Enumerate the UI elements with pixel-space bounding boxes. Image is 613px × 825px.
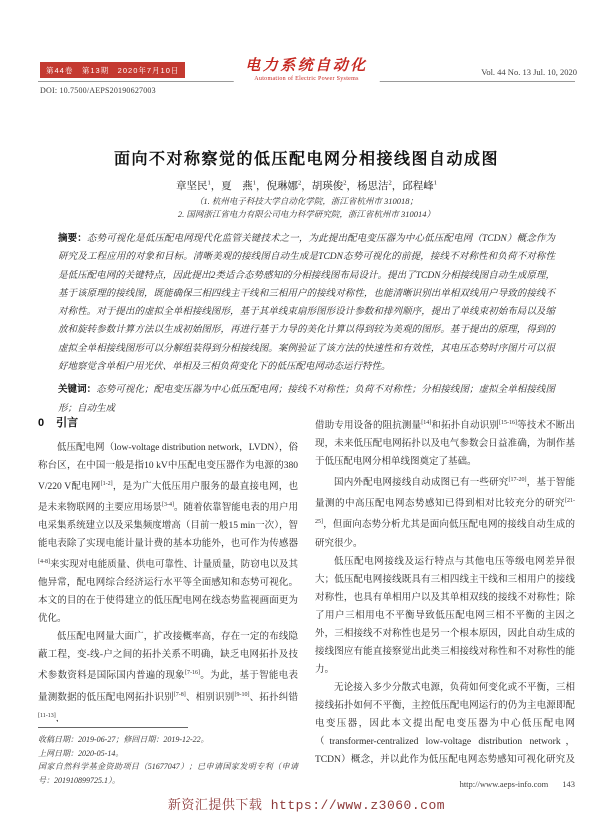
footer-line: http://www.aeps-info.com143	[460, 779, 575, 789]
body-paragraph: 低压配电网接线及运行特点与其他电压等级电网差异很大；低压配电网接线既具有三相四线…	[315, 553, 575, 679]
journal-name-english: Automation of Electric Power Systems	[245, 75, 368, 84]
footnote-block: 收稿日期：2019-06-27；修回日期：2019-12-22。上网日期：202…	[38, 727, 298, 787]
footnote-line: 上网日期：2020-05-14。	[38, 747, 298, 761]
abstract-section: 摘要：态势可视化是低压配电网现代化监管关键技术之一，为此提出配电变压器为中心低压…	[58, 230, 555, 418]
doi-text: DOI: 10.7500/AEPS20190627003	[40, 86, 156, 95]
issue-info-box: 第44卷 第13期 2020年7月10日	[40, 62, 185, 78]
journal-logo: 电力系统自动化 Automation of Electric Power Sys…	[233, 57, 380, 84]
author-affiliation-mark: 1	[208, 180, 211, 187]
body-paragraph: 借助专用设备的阻抗测量[14]和拓扑自动识别[15-16]等技术不断出现，未来低…	[315, 414, 575, 471]
authors-line: 章坚民1，夏 燕1，倪琳娜2，胡瑛俊2，杨思洁2，邱程峰1	[0, 178, 613, 193]
abstract-text: 态势可视化是低压配电网现代化监管关键技术之一，为此提出配电变压器为中心低压配电网…	[58, 234, 555, 372]
affiliation-line: （1. 杭州电子科技大学自动化学院，浙江省杭州市 310018；	[0, 195, 613, 208]
author-name: 夏 燕	[221, 181, 253, 192]
section-heading-introduction: 0引言	[38, 414, 298, 430]
body-paragraph: 无论接入多少分散式电源，负荷如何变化或不平衡，三相接线拓扑如何不平衡，主控低压配…	[315, 679, 575, 771]
page-number: 143	[562, 779, 575, 789]
right-column: 借助专用设备的阻抗测量[14]和拓扑自动识别[15-16]等技术不断出现，未来低…	[315, 414, 575, 771]
watermark-text: 新资汇提供下载 https://www.z3060.com	[0, 794, 613, 813]
author-affiliation-mark: 2	[298, 180, 301, 187]
right-paragraphs: 借助专用设备的阻抗测量[14]和拓扑自动识别[15-16]等技术不断出现，未来低…	[315, 414, 575, 771]
journal-page: 第44卷 第13期 2020年7月10日 DOI: 10.7500/AEPS20…	[0, 0, 613, 825]
author-name: 杨思洁	[357, 181, 389, 192]
footnote-divider	[38, 727, 188, 728]
author-affiliation-mark: 1	[253, 180, 256, 187]
journal-name-chinese: 电力系统自动化	[245, 57, 368, 75]
volume-info: Vol. 44 No. 13 Jul. 10, 2020	[481, 67, 577, 77]
affiliation-line: 2. 国网浙江省电力有限公司电力科学研究院，浙江省杭州市 310014）	[0, 208, 613, 221]
footer-url: http://www.aeps-info.com	[460, 779, 549, 789]
author-affiliation-mark: 2	[389, 180, 392, 187]
author-affiliation-mark: 1	[434, 180, 437, 187]
left-paragraphs: 低压配电网（low-voltage distribution network，L…	[38, 439, 298, 722]
body-paragraph: 低压配电网量大面广，扩改接概率高，存在一定的布线隐蔽工程，变-线-户之间的拓扑关…	[38, 628, 298, 722]
body-paragraph: 国内外配电网接线自动成图已有一些研究[17-20]，基于智能量测的中高压配电网态…	[315, 471, 575, 552]
left-column-text: 0引言 低压配电网（low-voltage distribution netwo…	[38, 414, 298, 722]
footnote-lines: 收稿日期：2019-06-27；修回日期：2019-12-22。上网日期：202…	[38, 733, 298, 787]
footnote-line: 国家自然科学基金资助项目（51677047）；已申请国家发明专利（申请号：201…	[38, 760, 298, 787]
author-affiliation-mark: 2	[343, 180, 346, 187]
left-column: 0引言 低压配电网（low-voltage distribution netwo…	[38, 414, 298, 787]
author-name: 胡瑛俊	[312, 181, 344, 192]
section-title: 引言	[56, 417, 78, 429]
keywords-text: 态势可视化；配电变压器为中心低压配电网；接线不对称性；负荷不对称性；分相接线图；…	[58, 385, 555, 413]
footnote-line: 收稿日期：2019-06-27；修回日期：2019-12-22。	[38, 733, 298, 747]
keywords-paragraph: 关键词：态势可视化；配电变压器为中心低压配电网；接线不对称性；负荷不对称性；分相…	[58, 381, 555, 418]
section-number: 0	[38, 417, 44, 429]
author-name: 倪琳娜	[267, 181, 299, 192]
affiliations-block: （1. 杭州电子科技大学自动化学院，浙江省杭州市 310018；2. 国网浙江省…	[0, 195, 613, 221]
abstract-paragraph: 摘要：态势可视化是低压配电网现代化监管关键技术之一，为此提出配电变压器为中心低压…	[58, 230, 555, 376]
author-name: 章坚民	[176, 181, 208, 192]
body-columns: 0引言 低压配电网（low-voltage distribution netwo…	[38, 414, 575, 787]
article-title: 面向不对称察觉的低压配电网分相接线图自动成图	[0, 146, 613, 169]
keywords-label: 关键词：	[58, 384, 96, 395]
body-paragraph: 低压配电网（low-voltage distribution network，L…	[38, 439, 298, 628]
abstract-label: 摘要：	[58, 233, 87, 244]
author-name: 邱程峰	[402, 181, 434, 192]
